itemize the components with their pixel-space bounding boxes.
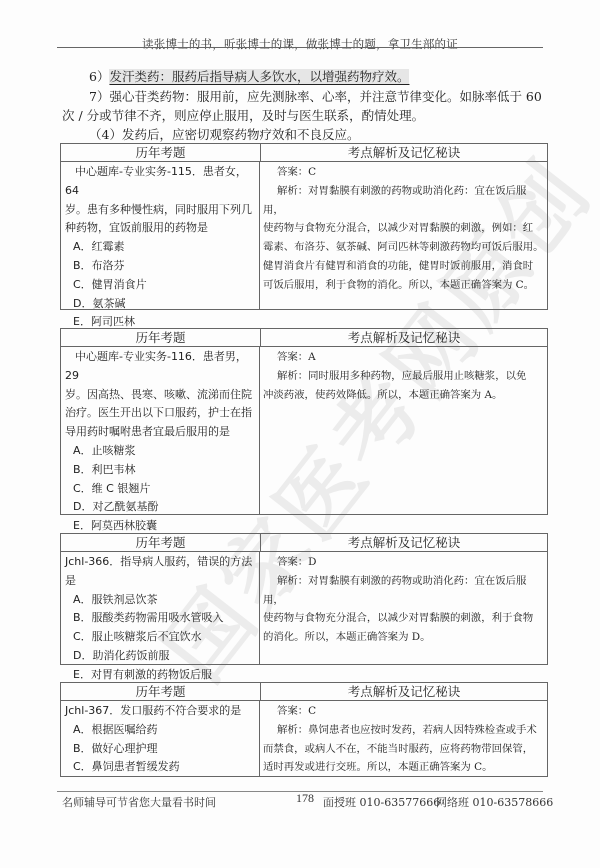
footer-online-class: 网络班 010-63578666	[436, 794, 553, 810]
option-d: D．氨茶碱	[65, 295, 257, 314]
item-4: （4）发药后，应密切观察药物疗效和不良反应。	[89, 125, 359, 144]
option-b: B．利巴韦林	[65, 461, 257, 480]
question-table-115: 历年考题 考点解析及记忆秘诀 中心题库-专业实务-115．患者女，64 岁。患有…	[60, 143, 548, 310]
explanation-line: 使药物与食物充分混合，以减少对胃黏膜的刺激，例如：红	[263, 219, 544, 238]
footer-in-person-class: 面授班 010-63577666	[323, 794, 440, 810]
option-d: D．助消化药饭前服	[65, 647, 257, 666]
explanation-line: 冲淡药液，使药效降低。所以，本题正确答案为 A。	[263, 386, 544, 405]
question-stem: 中心题库-专业实务-115．患者女，64	[65, 163, 257, 201]
option-a: A．红霉素	[65, 238, 257, 257]
explanation-line: 使药物与食物充分混合，以减少对胃黏膜的刺激，利于食物	[263, 609, 544, 628]
question-cell: Jchl-367．发口服药不符合要求的是 A．根据医嘱给药 B．做好心理护理 C…	[61, 701, 260, 776]
header-divider	[57, 47, 543, 48]
item-7-line-2: 次 / 分或节律不齐，则应停止服用，及时与医生联系，酌情处理。	[62, 106, 424, 125]
answer: 答案：D	[263, 553, 544, 572]
answer: 答案：A	[263, 348, 544, 367]
question-stem: 治疗。医生开出以下口服药，护士在指	[65, 404, 257, 423]
table-header-row: 历年考题 考点解析及记忆秘诀	[61, 144, 547, 162]
question-stem: Jchl-366．指导病人服药，错误的方法是	[65, 553, 257, 591]
table-header-row: 历年考题 考点解析及记忆秘诀	[61, 683, 547, 701]
analysis-cell: 答案：D 解析：对胃黏膜有刺激的药物或助消化药：宜在饭后服用， 使药物与食物充分…	[260, 552, 547, 664]
explanation-line: 适时再发或进行交班。所以，本题正确答案为 C。	[263, 758, 544, 777]
question-stem: 岁。因高热、畏寒、咳嗽、流涕而住院	[65, 386, 257, 405]
footer-tagline: 名师辅导可节省您大量看书时间	[62, 794, 216, 810]
explanation-line: 的消化。所以，本题正确答案为 D。	[263, 628, 544, 647]
question-stem: 种药物，宜饭前服用的药物是	[65, 219, 257, 238]
explanation-line: 解析：同时服用多种药物，应最后服用止咳糖浆，以免	[263, 367, 544, 386]
analysis-cell: 答案：C 解析：对胃黏膜有刺激的药物或助消化药：宜在饭后服用， 使药物与食物充分…	[260, 162, 547, 309]
option-a: A．根据医嘱给药	[65, 721, 257, 740]
option-a: A．服铁剂忌饮茶	[65, 591, 257, 610]
explanation-line: 霉素、布洛芬、氨茶碱、阿司匹林等刺激药物均可饭后服用。	[263, 238, 544, 257]
question-table-367: 历年考题 考点解析及记忆秘诀 Jchl-367．发口服药不符合要求的是 A．根据…	[60, 682, 548, 777]
analysis-cell: 答案：A 解析：同时服用多种药物，应最后服用止咳糖浆，以免 冲淡药液，使药效降低…	[260, 347, 547, 514]
item-7-line-1: 7）强心苷类药物：服用前，应先测脉率、心率，并注意节律变化。如脉率低于 60	[89, 87, 542, 106]
answer: 答案：C	[263, 163, 544, 182]
question-stem: 岁。患有多种慢性病，同时服用下列几	[65, 201, 257, 220]
explanation-line: 解析：鼻饲患者也应按时发药，若病人因特殊检查或手术	[263, 721, 544, 740]
page-number: 178	[296, 791, 314, 806]
option-c: C．健胃消食片	[65, 276, 257, 295]
option-d: D．对乙酰氨基酚	[65, 498, 257, 517]
option-c: C．鼻饲患者暂缓发药	[65, 758, 257, 777]
header-analysis: 考点解析及记忆秘诀	[261, 144, 547, 161]
header-analysis: 考点解析及记忆秘诀	[261, 329, 547, 346]
analysis-cell: 答案：C 解析：鼻饲患者也应按时发药，若病人因特殊检查或手术 而禁食，或病人不在…	[260, 701, 547, 776]
question-stem: 中心题库-专业实务-116．患者男，29	[65, 348, 257, 386]
explanation-line: 解析：对胃黏膜有刺激的药物或助消化药：宜在饭后服用，	[263, 182, 544, 220]
explanation-line: 健胃消食片有健胃和消食的功能，健胃时饭前服用，消食时	[263, 257, 544, 276]
explanation-line: 解析：对胃黏膜有刺激的药物或助消化药：宜在饭后服用，	[263, 572, 544, 610]
option-c: C．服止咳糖浆后不宜饮水	[65, 628, 257, 647]
option-b: B．布洛芬	[65, 257, 257, 276]
question-stem: Jchl-367．发口服药不符合要求的是	[65, 702, 257, 721]
header-past-questions: 历年考题	[61, 534, 261, 551]
explanation-line: 可饭后服用，利于食物的消化。所以，本题正确答案为 C。	[263, 276, 544, 295]
header-past-questions: 历年考题	[61, 144, 261, 161]
item-6-highlighted-text: 发汗类药：服药后指导病人多饮水，以增强药物疗效。	[109, 69, 409, 84]
question-cell: Jchl-366．指导病人服药，错误的方法是 A．服铁剂忌饮茶 B．服酸类药物需…	[61, 552, 260, 664]
question-table-366: 历年考题 考点解析及记忆秘诀 Jchl-366．指导病人服药，错误的方法是 A．…	[60, 533, 548, 665]
explanation-line: 而禁食，或病人不在，不能当时服药，应将药物带回保管，	[263, 740, 544, 759]
table-header-row: 历年考题 考点解析及记忆秘诀	[61, 534, 547, 552]
page-header-slogan: 读张博士的书，听张博士的课，做张博士的题，拿卫生部的证	[0, 36, 600, 52]
option-b: B．做好心理护理	[65, 740, 257, 759]
question-cell: 中心题库-专业实务-115．患者女，64 岁。患有多种慢性病，同时服用下列几 种…	[61, 162, 260, 309]
item-6: 6）发汗类药：服药后指导病人多饮水，以增强药物疗效。	[89, 67, 409, 86]
header-past-questions: 历年考题	[61, 329, 261, 346]
option-a: A．止咳糖浆	[65, 442, 257, 461]
option-b: B．服酸类药物需用吸水管吸入	[65, 609, 257, 628]
question-cell: 中心题库-专业实务-116．患者男，29 岁。因高热、畏寒、咳嗽、流涕而住院 治…	[61, 347, 260, 514]
question-table-116: 历年考题 考点解析及记忆秘诀 中心题库-专业实务-116．患者男，29 岁。因高…	[60, 328, 548, 515]
table-header-row: 历年考题 考点解析及记忆秘诀	[61, 329, 547, 347]
option-c: C．维 C 银翘片	[65, 480, 257, 499]
question-stem: 导用药时嘱咐患者宜最后服用的是	[65, 423, 257, 442]
header-analysis: 考点解析及记忆秘诀	[261, 534, 547, 551]
answer: 答案：C	[263, 702, 544, 721]
item-6-number: 6）	[89, 69, 109, 84]
header-past-questions: 历年考题	[61, 683, 261, 700]
header-analysis: 考点解析及记忆秘诀	[261, 683, 547, 700]
